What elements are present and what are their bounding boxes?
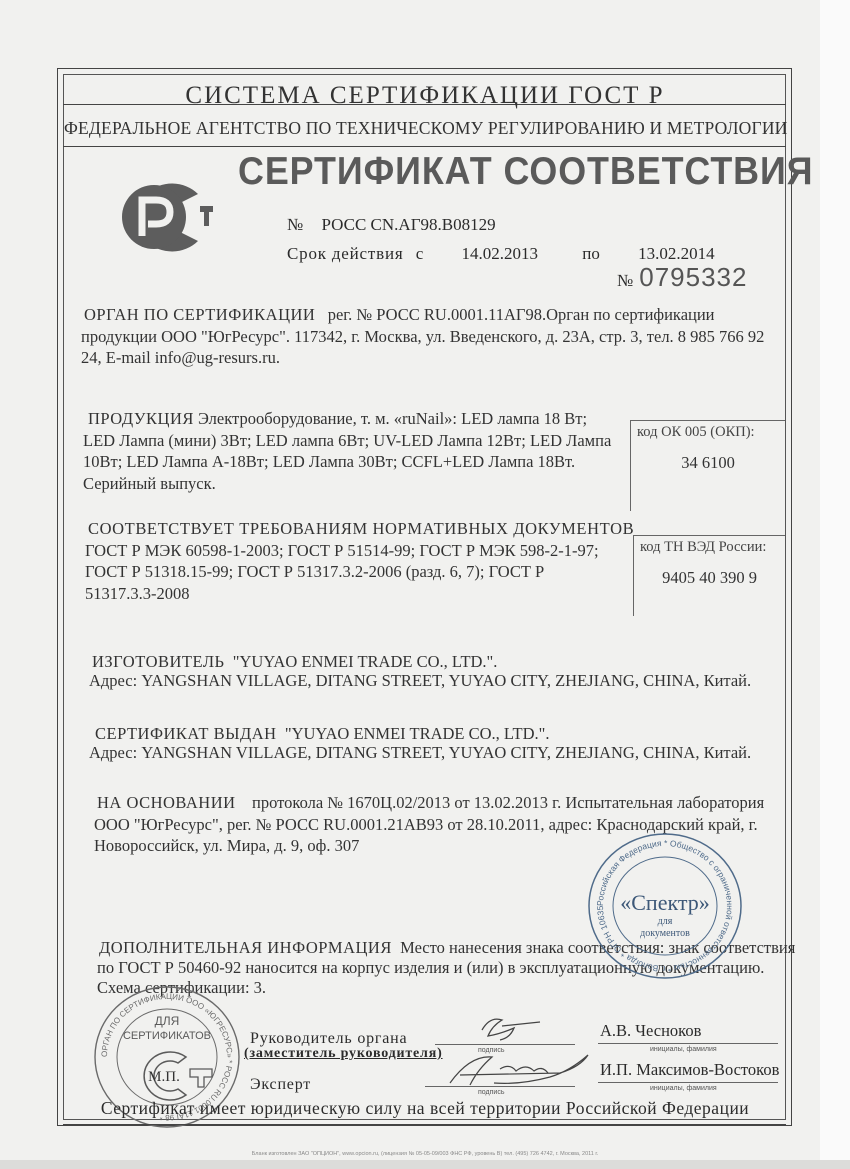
header-divider-bottom (63, 146, 786, 147)
svg-text:«Спектр»: «Спектр» (620, 890, 710, 915)
validity-label: Срок действия (287, 244, 403, 263)
manufacturer-address: Адрес: YANGSHAN VILLAGE, DITANG STREET, … (89, 671, 751, 690)
compliance-section: СООТВЕТСТВУЕТ ТРЕБОВАНИЯМ НОРМАТИВНЫХ ДО… (88, 518, 634, 604)
certification-body-line: рег. № РОСС RU.0001.11АГ98.Орган по серт… (328, 305, 715, 324)
head-signature (470, 1008, 550, 1048)
svg-text:для: для (658, 916, 673, 927)
rst-logo-icon (118, 180, 213, 255)
from-label: с (416, 244, 424, 263)
head-name-line (598, 1043, 778, 1044)
validity-statement: Сертификат имеет юридическую силу на все… (0, 1098, 850, 1119)
compliance-line: ГОСТ Р 51318.15-99; ГОСТ Р 51317.3.2-200… (85, 561, 634, 583)
basis-line: протокола № 1670Ц.02/2013 от 13.02.2013 … (252, 793, 764, 812)
compliance-label: СООТВЕТСТВУЕТ ТРЕБОВАНИЯМ НОРМАТИВНЫХ ДО… (88, 518, 634, 540)
issued-to-address: Адрес: YANGSHAN VILLAGE, DITANG STREET, … (89, 743, 751, 762)
valid-from: 14.02.2013 (462, 244, 539, 263)
okp-code-box: код ОК 005 (ОКП): 34 6100 (630, 420, 785, 511)
certificate-number-value: РОСС CN.АГ98.В08129 (321, 215, 495, 234)
to-label: по (582, 244, 600, 263)
svg-text:документов: документов (640, 928, 690, 939)
blank-number: №0795332 (617, 262, 747, 293)
compliance-line: 51317.3.3-2008 (85, 583, 634, 605)
agency-name: ФЕДЕРАЛЬНОЕ АГЕНТСТВО ПО ТЕХНИЧЕСКОМУ РЕ… (64, 118, 784, 139)
system-title: СИСТЕМА СЕРТИФИКАЦИИ ГОСТ Р (0, 82, 850, 110)
certification-body-label: ОРГАН ПО СЕРТИФИКАЦИИ (84, 305, 315, 324)
product-line: LED Лампа (мини) 3Вт; LED лампа 6Вт; UV-… (83, 430, 611, 452)
head-name: А.В. Чесноков (600, 1021, 701, 1041)
compliance-line: ГОСТ Р МЭК 60598-1-2003; ГОСТ Р 51514-99… (85, 540, 634, 562)
print-note: Бланк изготовлен ЗАО "ОПЦИОН", www.opcio… (0, 1151, 850, 1157)
product-label: ПРОДУКЦИЯ (88, 409, 194, 428)
issued-to-section: СЕРТИФИКАТ ВЫДАН "YUYAO ENMEI TRADE CO.,… (95, 724, 751, 762)
svg-text:СЕРТИФИКАТОВ: СЕРТИФИКАТОВ (123, 1030, 211, 1042)
okp-code-label: код ОК 005 (ОКП): (631, 421, 785, 441)
certification-body-line: продукции ООО "ЮгРесурс". 117342, г. Мос… (81, 326, 764, 348)
manufacturer-label: ИЗГОТОВИТЕЛЬ (92, 652, 225, 671)
expert-signature (430, 1045, 600, 1095)
expert-name-line (598, 1082, 778, 1083)
validity-period: Срок действия с 14.02.2013 по 13.02.2014 (287, 244, 715, 264)
manufacturer-section: ИЗГОТОВИТЕЛЬ "YUYAO ENMEI TRADE CO., LTD… (92, 652, 751, 690)
expert-label: Эксперт (250, 1076, 311, 1094)
page-edge (820, 0, 850, 1169)
number-label: № (287, 215, 303, 234)
svg-text:М.П.: М.П. (148, 1069, 180, 1085)
expert-name: И.П. Максимов-Востоков (600, 1060, 779, 1080)
certification-body-line: 24, E-mail info@ug-resurs.ru. (81, 347, 764, 369)
product-section: ПРОДУКЦИЯ Электрооборудование, т. м. «ru… (88, 408, 611, 494)
issued-to-name: "YUYAO ENMEI TRADE CO., LTD.". (285, 724, 550, 743)
tnved-code-box: код ТН ВЭД России: 9405 40 390 9 (633, 535, 785, 616)
initials-caption: инициалы, фамилия (650, 1085, 717, 1092)
basis-label: НА ОСНОВАНИИ (97, 793, 236, 812)
blank-number-label: № (617, 271, 633, 290)
initials-caption: инициалы, фамилия (650, 1046, 717, 1053)
okp-code-value: 34 6100 (631, 453, 785, 473)
additional-info-label: ДОПОЛНИТЕЛЬНАЯ ИНФОРМАЦИЯ (99, 938, 392, 957)
certificate-title: СЕРТИФИКАТ СООТВЕТСТВИЯ (238, 150, 813, 194)
product-line: 10Вт; LED Лампа А-18Вт; LED Лампа 30Вт; … (83, 451, 611, 473)
product-line: Электрооборудование, т. м. «ruNail»: LED… (198, 409, 587, 428)
spektr-stamp: Российская Федерация * Общество с ограни… (585, 832, 745, 980)
deputy-label: (заместитель руководителя) (244, 1046, 443, 1062)
svg-text:ДЛЯ: ДЛЯ (155, 1014, 180, 1028)
product-line: Серийный выпуск. (83, 473, 611, 495)
footer-divider (63, 1124, 786, 1125)
paper-edge (0, 1160, 850, 1169)
tnved-code-label: код ТН ВЭД России: (634, 536, 785, 556)
certification-body-section: ОРГАН ПО СЕРТИФИКАЦИИ рег. № РОСС RU.000… (84, 304, 764, 369)
valid-to: 13.02.2014 (638, 244, 715, 263)
tnved-code-value: 9405 40 390 9 (634, 568, 785, 588)
blank-number-value: 0795332 (639, 262, 747, 292)
issued-to-label: СЕРТИФИКАТ ВЫДАН (95, 724, 277, 743)
certificate-number: № РОСС CN.АГ98.В08129 (287, 215, 496, 235)
manufacturer-name: "YUYAO ENMEI TRADE CO., LTD.". (233, 652, 498, 671)
